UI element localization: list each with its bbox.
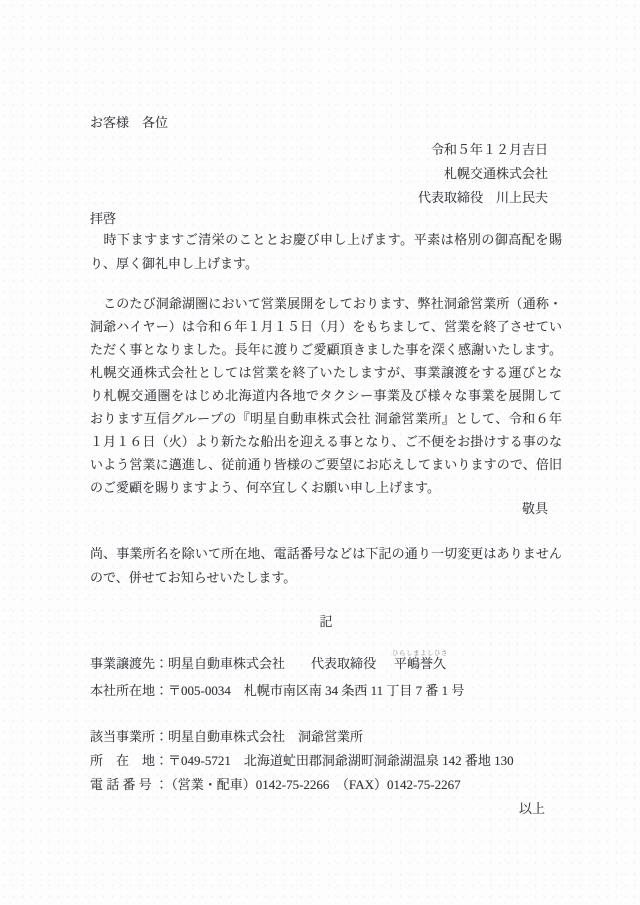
notice-paragraph: 尚、事業所名を除いて所在地、電話番号などは下記の通り一切変更はありません ので、… [90, 542, 562, 590]
greeting-paragraph: 時下ますますご清栄のこととお慶び申し上げます。平素は格別の御高配を賜 り、厚く御… [90, 228, 562, 276]
branch-line: 該当事業所：明星自動車株式会社 洞爺営業所 [90, 725, 562, 749]
notice-line: 尚、事業所名を除いて所在地、電話番号などは下記の通り一切変更はありません [90, 542, 562, 566]
branch-label: 該当事業所： [90, 729, 168, 744]
body-line: おります互信グループの『明星自動車株式会社 洞爺営業所』として、令和６年 [90, 407, 562, 430]
scanned-letter-page: お客様 各位 令和５年１２月吉日 札幌交通株式会社 代表取締役 川上民夫 拝啓 … [0, 0, 640, 905]
body-line: 札幌交通株式会社としては営業を終了いたしますが、事業譲渡をする運びとな [90, 361, 562, 384]
phone-value: （営業・配車）0142-75-2266 （FAX）0142-75-2267 [171, 777, 460, 792]
head-office-value: 〒005-0034 札幌市南区南 34 条西 11 丁目 7 番 1 号 [168, 683, 464, 698]
notice-line: ので、併せてお知らせいたします。 [90, 566, 562, 590]
phone-line: 電話番号：（営業・配車）0142-75-2266 （FAX）0142-75-22… [90, 773, 562, 797]
greeting-line: り、厚く御礼申し上げます。 [90, 252, 562, 276]
body-line: １月１６日（火）より新たな船出を迎える事となり、ご不便をお掛けする事のな [90, 430, 562, 453]
body-line: のご愛顧を賜りますよう、何卒宜しくお願い申し上げます。 [90, 476, 562, 499]
head-office-label: 本社所在地： [90, 683, 168, 698]
body-paragraph: このたび洞爺湖圏において営業展開をしております、弊社洞爺営業所（通称・ 洞爺ハイ… [90, 292, 562, 499]
branch-address-label: 所 在 地： [90, 753, 168, 768]
branch-value: 明星自動車株式会社 洞爺営業所 [168, 729, 363, 744]
record-heading: 記 [90, 610, 562, 634]
branch-block: 該当事業所：明星自動車株式会社 洞爺営業所 所 在 地：〒049-5721 北海… [90, 725, 562, 797]
body-line: このたび洞爺湖圏において営業展開をしております、弊社洞爺営業所（通称・ [90, 292, 562, 315]
sender-company: 札幌交通株式会社 [90, 162, 548, 186]
transferee-company: 明星自動車株式会社 [168, 656, 285, 671]
sender-block: 令和５年１２月吉日 札幌交通株式会社 代表取締役 川上民夫 [90, 138, 562, 210]
transferee-name-furigana: ひらしまよしひさ [392, 650, 448, 657]
closing-word: 敬具 [90, 497, 562, 520]
transferee-title: 代表取締役 [311, 656, 376, 671]
body-line: 洞爺ハイヤー）は令和６年１月１５日（月）をもちまして、営業を終了させてい [90, 315, 562, 338]
body-line: り札幌交通圏をはじめ北海道内各地でタクシー事業及び様々な事業を展開して [90, 384, 562, 407]
phone-label: 電話番号： [90, 777, 171, 792]
branch-address-line: 所 在 地：〒049-5721 北海道虻田郡洞爺湖町洞爺湖温泉 142 番地 1… [90, 749, 562, 773]
transferee-line: 事業譲渡先：明星自動車株式会社代表取締役平嶋誉久ひらしまよしひさ [90, 650, 562, 677]
transferee-name: 平嶋誉久 [392, 656, 448, 671]
body-line: ただく事となりました。長年に渡りご愛顧頂きました事を深く感謝いたします。 [90, 338, 562, 361]
greeting-line: 時下ますますご清栄のこととお慶び申し上げます。平素は格別の御高配を賜 [90, 228, 562, 252]
branch-address-value: 〒049-5721 北海道虻田郡洞爺湖町洞爺湖温泉 142 番地 130 [168, 753, 514, 768]
letter-date: 令和５年１２月吉日 [90, 138, 548, 162]
end-mark: 以上 [90, 797, 562, 820]
body-line: いよう営業に邁進し、従前通り皆様のご要望にお応えしてまいりますので、倍旧 [90, 453, 562, 476]
head-office-line: 本社所在地：〒005-0034 札幌市南区南 34 条西 11 丁目 7 番 1… [90, 677, 562, 704]
transferee-block: 事業譲渡先：明星自動車株式会社代表取締役平嶋誉久ひらしまよしひさ 本社所在地：〒… [90, 650, 562, 704]
recipient-line: お客様 各位 [90, 111, 562, 135]
transferee-name-ruby: 平嶋誉久ひらしまよしひさ [392, 656, 448, 671]
salutation: 拝啓 [90, 210, 562, 228]
sender-title-name: 代表取締役 川上民夫 [90, 186, 548, 210]
transferee-label: 事業譲渡先： [90, 656, 168, 671]
